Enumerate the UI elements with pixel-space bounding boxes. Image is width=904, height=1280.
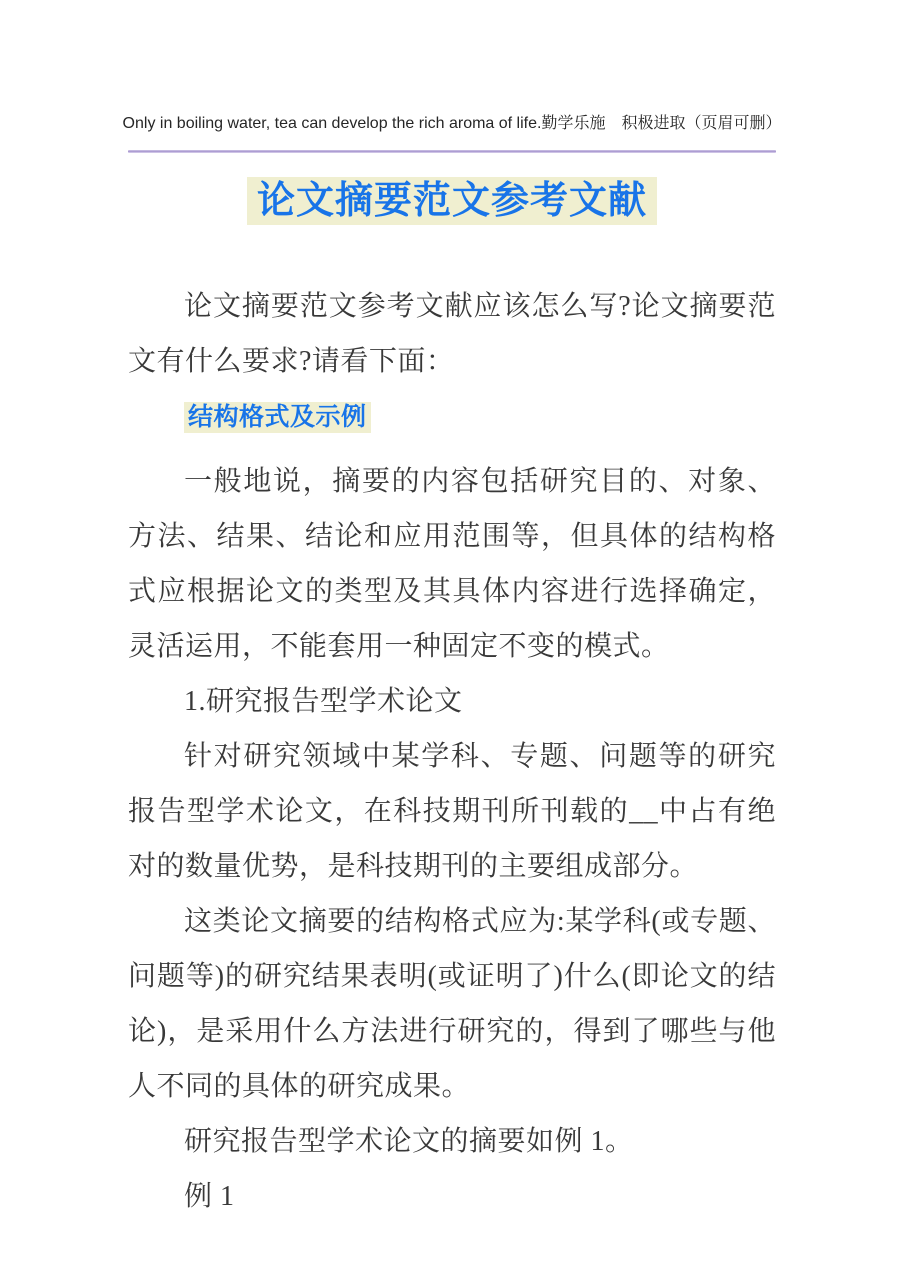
- page-header-text: Only in boiling water, tea can develop t…: [0, 0, 904, 136]
- section-heading-row: 结构格式及示例: [128, 397, 776, 438]
- intro-paragraph: 论文摘要范文参考文献应该怎么写?论文摘要范文有什么要求?请看下面：: [128, 279, 776, 389]
- header-divider-line: [128, 150, 776, 153]
- general-description-paragraph: 一般地说，摘要的内容包括研究目的、对象、方法、结果、结论和应用范围等，但具体的结…: [128, 454, 776, 674]
- example-label: 例 1: [128, 1169, 776, 1224]
- item-heading: 1.研究报告型学术论文: [128, 674, 776, 729]
- document-title-row: 论文摘要范文参考文献: [0, 177, 904, 225]
- document-body: 论文摘要范文参考文献应该怎么写?论文摘要范文有什么要求?请看下面： 结构格式及示…: [128, 279, 776, 1224]
- section-heading: 结构格式及示例: [184, 402, 371, 433]
- structure-format-paragraph: 这类论文摘要的结构格式应为:某学科(或专题、问题等)的研究结果表明(或证明了)什…: [128, 894, 776, 1114]
- targeted-research-paragraph: 针对研究领域中某学科、专题、问题等的研究报告型学术论文，在科技期刊所刊载的__中…: [128, 729, 776, 894]
- document-title: 论文摘要范文参考文献: [247, 177, 657, 225]
- example-reference-line: 研究报告型学术论文的摘要如例 1。: [128, 1114, 776, 1169]
